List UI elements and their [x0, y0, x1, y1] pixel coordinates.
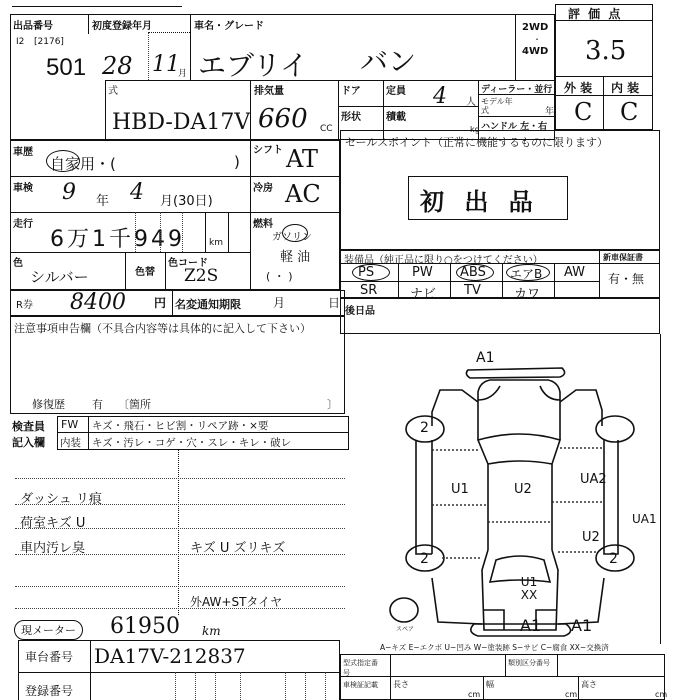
mark-front-left-tire: 2	[420, 420, 429, 436]
repair-location: 〔箇所	[118, 396, 151, 412]
meter-unit: km	[202, 624, 221, 638]
model-value: HBD-DA17V	[112, 110, 250, 135]
first-reg-month: 11	[152, 52, 180, 77]
shape-label: 形状	[341, 108, 361, 123]
shift-label: シフト	[253, 141, 283, 156]
drive-2wd: 2WD	[522, 22, 548, 33]
divider	[228, 212, 229, 252]
mark-back-door: U1 XX	[517, 576, 541, 602]
divider	[338, 106, 383, 107]
lot-number-label: 出品番号	[13, 17, 53, 32]
inspection-month: 4	[130, 180, 144, 205]
divider	[135, 212, 136, 252]
divider	[125, 252, 126, 290]
spare-label: スペア	[396, 624, 414, 633]
divider	[554, 263, 555, 298]
mark-left-front-door: U1	[451, 482, 469, 497]
interior-label: 内 装	[611, 79, 639, 96]
lot-sub: I2	[16, 37, 24, 47]
divider	[325, 672, 326, 700]
meter-value: 61950	[110, 614, 180, 639]
divider	[88, 416, 89, 450]
divider	[305, 672, 306, 700]
inspection-day: 月(30日)	[160, 190, 213, 209]
lot-number: 501	[46, 54, 86, 82]
equip-airbag-circle	[506, 264, 550, 281]
divider	[340, 676, 665, 677]
type-cert-label: 型式指定番号	[343, 658, 383, 678]
inspection-label: 車検	[13, 179, 33, 194]
divider	[105, 80, 106, 140]
fuel-circle	[282, 224, 308, 242]
yen-unit: 円	[154, 294, 166, 311]
inspector-label: 検査員	[12, 418, 45, 434]
recycle-fee: 8400	[70, 290, 126, 315]
divider	[555, 95, 653, 96]
damage-legend: A−キズ E−エクボ U−凹み W−塗装跡 S−サビ C−腐食 XX−交換済	[380, 642, 609, 653]
interior-grade: C	[620, 98, 638, 126]
divider	[215, 672, 216, 700]
warranty-label: 新車保証書	[603, 252, 643, 263]
length-unit: cm	[468, 690, 480, 699]
divider	[160, 212, 161, 252]
mileage-value: 6万1千949	[50, 222, 185, 253]
mark-right-pillar: UA1	[632, 512, 657, 526]
rule-line	[15, 586, 345, 587]
divider	[555, 76, 653, 77]
equip-abs-circle	[456, 264, 494, 281]
history-circle	[46, 150, 80, 172]
door-label: ドア	[341, 82, 361, 97]
displacement-unit: CC	[320, 124, 333, 134]
divider	[205, 212, 206, 252]
height-unit: cm	[655, 690, 667, 699]
divider	[505, 654, 506, 676]
divider	[578, 676, 579, 700]
remark-left-3: 車内汚レ臭	[20, 537, 85, 556]
divider	[175, 672, 176, 700]
dims-label: 車検証記載	[343, 680, 387, 690]
color-code-value: Z2S	[184, 266, 218, 286]
divider	[148, 32, 190, 33]
divider	[285, 672, 286, 700]
color-label: 色	[13, 254, 23, 269]
car-name: エブリイ	[198, 44, 308, 84]
interior-items: キズ・汚レ・コゲ・穴・スレ・キレ・破レ	[92, 435, 291, 450]
exterior-grade: C	[574, 98, 592, 126]
score-label: 評 価 点	[568, 5, 622, 22]
front-bumper	[466, 368, 564, 378]
remark-right-1: キズ U ズリキズ	[190, 537, 285, 556]
load-label: 積載	[386, 108, 406, 123]
remark-left-1: ダッシュ リ痕	[20, 488, 102, 507]
divider	[603, 76, 604, 130]
later-items-box	[340, 298, 660, 334]
type-class-label: 類別区分番号	[508, 658, 553, 668]
inspector-entry-label: 記入欄	[12, 434, 45, 450]
first-reg-year: 28	[102, 52, 133, 80]
meter-label: 現メーター	[14, 620, 83, 640]
mark-rear-right-tire: 2	[609, 551, 618, 567]
divider	[390, 654, 391, 700]
fuel-label: 燃料	[253, 215, 273, 230]
grade: バン	[360, 40, 416, 80]
recycle-label: R券	[16, 296, 33, 311]
divider	[478, 94, 555, 95]
fw-label: FW	[61, 418, 78, 431]
later-items-label: 後日品	[345, 302, 375, 317]
divider	[338, 80, 339, 140]
history-close: )	[234, 153, 240, 171]
equip-ps-circle	[352, 264, 390, 281]
divider	[182, 212, 183, 252]
divider	[478, 116, 555, 117]
repair-label: 修復歴	[32, 396, 65, 412]
divider	[195, 672, 196, 700]
mark-rear-bumper-left: A1	[520, 616, 541, 635]
year-unit: 年	[96, 190, 109, 209]
divider	[165, 252, 166, 290]
divider	[250, 80, 251, 140]
color-change-label: 色替	[135, 263, 155, 278]
rule-line	[15, 478, 345, 479]
fw-items: キズ・飛石・ヒビ割・リペア跡・×要	[92, 418, 268, 433]
ac-label: 冷房	[253, 179, 273, 194]
month-unit: 月	[178, 66, 187, 79]
divider	[178, 450, 179, 615]
notes-title: 注意事項申告欄（不具合内容等は具体的に記入して下さい）	[14, 320, 311, 336]
width-unit: cm	[565, 690, 577, 699]
remark-right-2: 外AW+STタイヤ	[190, 593, 282, 610]
divider	[599, 250, 600, 298]
top-edge-line	[12, 6, 182, 7]
mark-rear-left-tire: 2	[420, 551, 429, 567]
divider	[502, 263, 503, 298]
car-name-label: 車名・グレード	[194, 17, 264, 32]
divider	[148, 32, 149, 80]
color-value: シルバー	[30, 266, 89, 287]
fuel-other: ( ・ )	[266, 268, 293, 284]
divider	[250, 140, 251, 290]
divider	[340, 281, 599, 282]
registration-label: 登録番号	[25, 682, 73, 699]
model-year-label: モデル年式	[481, 97, 517, 115]
mark-front-bumper: A1	[476, 350, 494, 366]
displacement-label: 排気量	[254, 82, 284, 97]
month-label: 月	[273, 294, 285, 311]
border-line	[660, 334, 661, 644]
chassis-value: DA17V-212837	[94, 644, 246, 668]
divider	[172, 290, 173, 316]
drive-4wd: 4WD	[522, 46, 548, 57]
model-label: 式	[108, 82, 118, 97]
divider	[190, 14, 191, 80]
mark-right-front-door: UA2	[580, 472, 607, 487]
equip-aw: AW	[564, 265, 585, 280]
score-value: 3.5	[585, 36, 626, 66]
divider	[10, 252, 250, 253]
mileage-label: 走行	[13, 215, 33, 230]
length-label: 長さ	[393, 679, 409, 690]
chassis-label: 車台番号	[25, 648, 73, 665]
divider	[90, 640, 91, 700]
height-label: 高さ	[581, 679, 597, 690]
warranty-value: 有・無	[608, 270, 644, 287]
history-label: 車歴	[13, 143, 33, 158]
divider	[88, 14, 89, 34]
mark-roof: U2	[514, 482, 532, 497]
divider	[340, 263, 660, 264]
remark-left-2: 荷室キズ U	[20, 512, 85, 531]
spec-box	[340, 654, 665, 700]
mileage-unit: km	[209, 238, 223, 248]
mark-rear-bumper-right: A1	[571, 616, 592, 635]
divider	[557, 654, 558, 676]
mark-right-rear-door: U2	[582, 530, 600, 545]
repair-value: 有	[92, 396, 103, 412]
divider	[240, 672, 241, 700]
lot-code: [2176]	[34, 37, 64, 47]
drive-dot: ・	[533, 34, 541, 45]
interior-check-label: 内装	[60, 435, 81, 450]
divider	[10, 212, 340, 213]
divider	[515, 14, 516, 80]
divider	[383, 106, 478, 107]
inspection-year: 9	[62, 180, 76, 205]
shift-value: AT	[286, 145, 318, 173]
divider	[10, 176, 340, 177]
repair-close: 〕	[327, 396, 338, 412]
exterior-label: 外 装	[564, 79, 592, 96]
name-change-label: 名変通知期限	[175, 296, 241, 312]
fuel-diesel: 軽 油	[280, 246, 310, 265]
equip-pw: PW	[412, 265, 433, 280]
rule-line	[15, 608, 345, 609]
divider	[18, 672, 340, 673]
divider	[398, 263, 399, 298]
first-registration-label: 初度登録年月	[92, 17, 152, 32]
divider	[450, 263, 451, 298]
divider	[483, 676, 484, 700]
equip-tv: TV	[464, 283, 481, 298]
stamp-text: 初 出 品	[420, 182, 539, 217]
divider	[105, 80, 555, 81]
sales-point-title: セールスポイント（正常に機能するものに限ります）	[345, 134, 608, 150]
ac-value: AC	[285, 180, 321, 208]
day-label: 日	[328, 294, 340, 311]
displacement-value: 660	[258, 104, 308, 134]
equip-sr: SR	[360, 283, 377, 298]
width-label: 幅	[486, 679, 494, 690]
capacity-label: 定員	[386, 82, 406, 97]
